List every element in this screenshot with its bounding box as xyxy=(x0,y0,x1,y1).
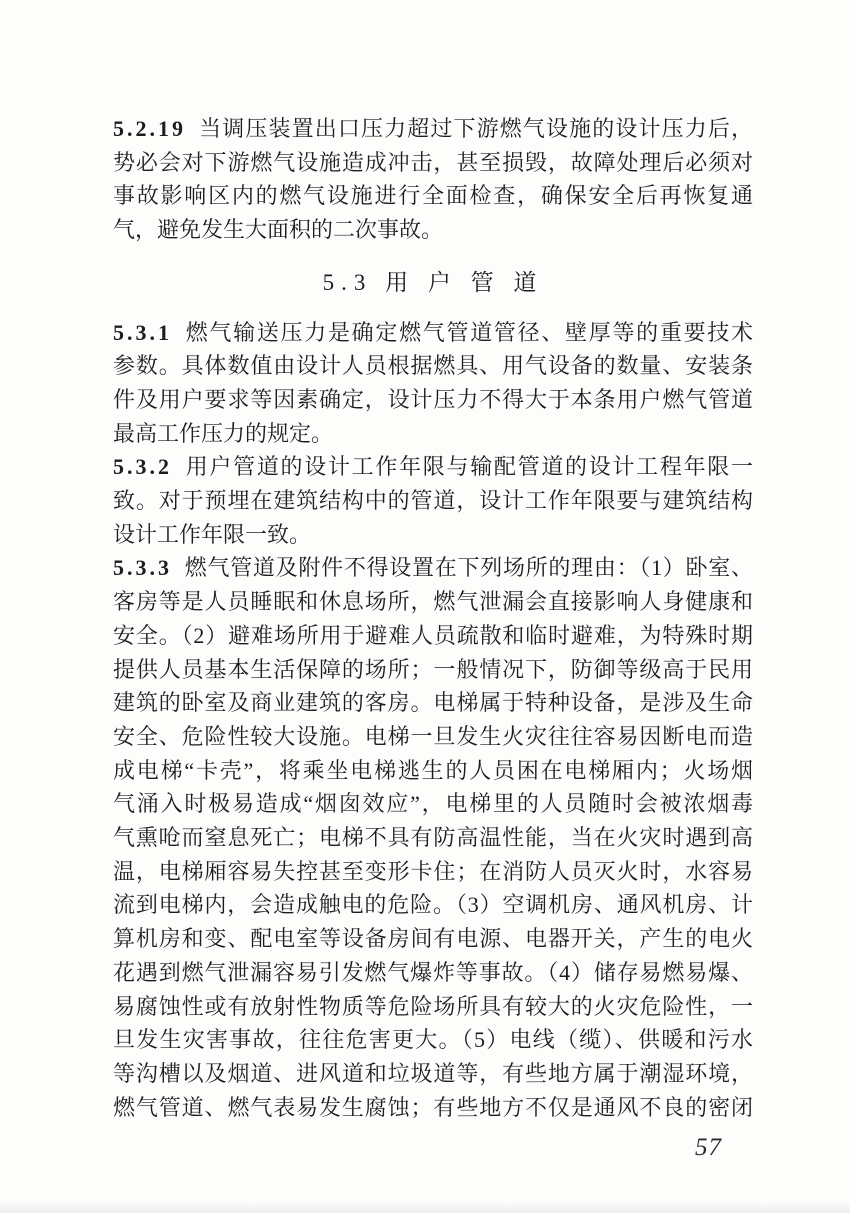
scanned-document-page: 5.2.19当调压装置出口压力超过下游燃气设施的设计压力后，势必会对下游燃气设施… xyxy=(0,0,850,1213)
text-line: 致。对于预埋在建筑结构中的管道，设计工作年限要与建筑结构 xyxy=(113,484,753,518)
text-line: 件及用户要求等因素确定，设计压力不得大于本条用户燃气管道 xyxy=(113,383,753,417)
text-line: 5.2.19当调压装置出口压力超过下游燃气设施的设计压力后， xyxy=(113,112,753,146)
clause-paragraph: 5.2.19当调压装置出口压力超过下游燃气设施的设计压力后，势必会对下游燃气设施… xyxy=(113,112,753,247)
clause-paragraph: 5.3.2用户管道的设计工作年限与输配管道的设计工程年限一致。对于预埋在建筑结构… xyxy=(113,450,753,551)
text-line: 等沟槽以及烟道、进风道和垃圾道等，有些地方属于潮湿环境， xyxy=(113,1057,753,1091)
text-line: 旦发生灾害事故，往往危害更大。（5）电线（缆）、供暖和污水 xyxy=(113,1023,753,1057)
clause-paragraph: 5.3.1燃气输送压力是确定燃气管道管径、壁厚等的重要技术参数。具体数值由设计人… xyxy=(113,316,753,451)
clause-first-line-text: 燃气管道及附件不得设置在下列场所的理由：（1）卧室、 xyxy=(184,555,753,580)
text-line: 算机房和变、配电室等设备房间有电源、电器开关，产生的电火 xyxy=(113,922,753,956)
clause-paragraph: 5.3.3燃气管道及附件不得设置在下列场所的理由：（1）卧室、客房等是人员睡眠和… xyxy=(113,551,753,1124)
text-line: 5.3.3燃气管道及附件不得设置在下列场所的理由：（1）卧室、 xyxy=(113,551,753,585)
clause-first-line-text: 燃气输送压力是确定燃气管道管径、壁厚等的重要技术 xyxy=(184,320,753,345)
text-line: 气涌入时极易造成“烟囱效应”，电梯里的人员随时会被浓烟毒 xyxy=(113,787,753,821)
document-content: 5.2.19当调压装置出口压力超过下游燃气设施的设计压力后，势必会对下游燃气设施… xyxy=(113,112,753,1124)
text-line: 5.3.2用户管道的设计工作年限与输配管道的设计工程年限一 xyxy=(113,450,753,484)
clause-number: 5.2.19 xyxy=(113,116,186,141)
text-line: 建筑的卧室及商业建筑的客房。电梯属于特种设备，是涉及生命 xyxy=(113,686,753,720)
text-line: 参数。具体数值由设计人员根据燃具、用气设备的数量、安装条 xyxy=(113,349,753,383)
text-line: 气熏呛而窒息死亡；电梯不具有防高温性能，当在火灾时遇到高 xyxy=(113,821,753,855)
text-line: 安全、危险性较大设施。电梯一旦发生火灾往往容易因断电而造 xyxy=(113,720,753,754)
text-line: 势必会对下游燃气设施造成冲击，甚至损毁，故障处理后必须对 xyxy=(113,146,753,180)
clause-first-line-text: 当调压装置出口压力超过下游燃气设施的设计压力后， xyxy=(198,116,753,141)
text-line: 流到电梯内，会造成触电的危险。（3）空调机房、通风机房、计 xyxy=(113,888,753,922)
text-line: 事故影响区内的燃气设施进行全面检查，确保安全后再恢复通 xyxy=(113,179,753,213)
text-line: 易腐蚀性或有放射性物质等危险场所具有较大的火灾危险性，一 xyxy=(113,990,753,1024)
text-line: 客房等是人员睡眠和休息场所，燃气泄漏会直接影响人身健康和 xyxy=(113,585,753,619)
text-line: 气，避免发生大面积的二次事故。 xyxy=(113,213,753,247)
clause-number: 5.3.3 xyxy=(113,555,172,580)
scan-edge-shadow xyxy=(0,1201,850,1213)
text-line: 温，电梯厢容易失控甚至变形卡住；在消防人员灭火时，水容易 xyxy=(113,855,753,889)
text-line: 设计工作年限一致。 xyxy=(113,518,753,552)
clause-number: 5.3.1 xyxy=(113,320,172,345)
text-line: 提供人员基本生活保障的场所；一般情况下，防御等级高于民用 xyxy=(113,653,753,687)
page-number: 57 xyxy=(695,1134,722,1162)
clause-first-line-text: 用户管道的设计工作年限与输配管道的设计工程年限一 xyxy=(184,454,753,479)
clause-number: 5.3.2 xyxy=(113,454,172,479)
text-line: 安全。（2）避难场所用于避难人员疏散和临时避难，为特殊时期 xyxy=(113,619,753,653)
text-line: 成电梯“卡壳”，将乘坐电梯逃生的人员困在电梯厢内；火场烟 xyxy=(113,754,753,788)
text-line: 花遇到燃气泄漏容易引发燃气爆炸等事故。（4）储存易燃易爆、 xyxy=(113,956,753,990)
text-line: 5.3.1燃气输送压力是确定燃气管道管径、壁厚等的重要技术 xyxy=(113,316,753,350)
text-line: 燃气管道、燃气表易发生腐蚀；有些地方不仅是通风不良的密闭 xyxy=(113,1091,753,1125)
section-heading: 5.3 用 户 管 道 xyxy=(113,266,753,300)
text-line: 最高工作压力的规定。 xyxy=(113,417,753,451)
